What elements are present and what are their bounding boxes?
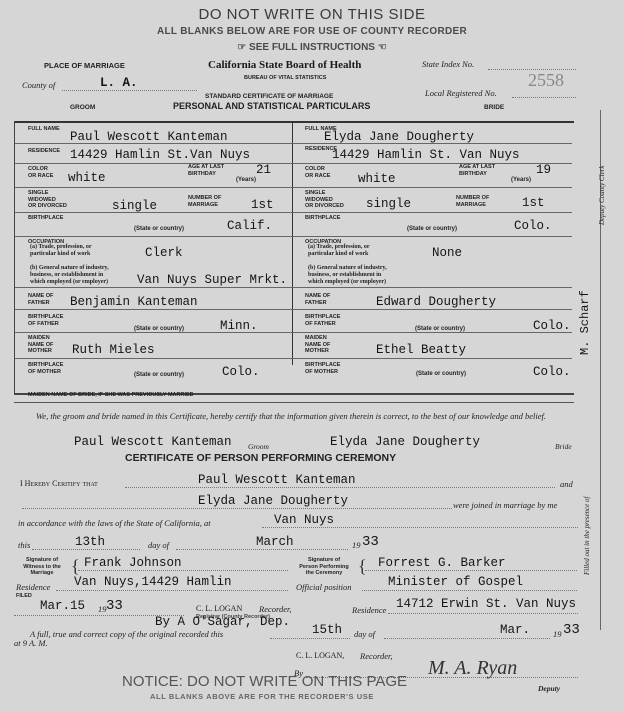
bride-number-marriage-label: NUMBER OFMARRIAGE	[456, 195, 489, 208]
groom-birthplace: Calif.	[227, 219, 272, 233]
label-line: MOTHER	[28, 348, 52, 354]
label-line: FATHER	[28, 300, 50, 306]
maiden-bride-label: MAIDEN NAME OF BRIDE, IF SHE WAS PREVIOU…	[28, 392, 194, 399]
label-line: which employed (or employer)	[308, 279, 386, 285]
bride-father-bp-label: BIRTHPLACEOF FATHER	[305, 314, 340, 327]
filed-year: 33	[106, 598, 123, 614]
deputy-label: Deputy	[538, 684, 560, 693]
county-value: L. A.	[100, 76, 138, 90]
official-position: Minister of Gospel	[388, 575, 523, 589]
ceremony-party1: Paul Wescott Kanteman	[198, 473, 356, 487]
label-line: BIRTHPLACE	[305, 314, 340, 320]
copy-day: 15th	[312, 623, 342, 637]
bride-mother-birthplace: Colo.	[533, 365, 571, 379]
label-line: AGE AT LAST	[459, 164, 495, 170]
label-line: business, or establishment in	[30, 272, 103, 278]
day-of-label: day of	[148, 540, 169, 550]
row-line	[15, 236, 572, 237]
ceremony-title: CERTIFICATE OF PERSON PERFORMING CEREMON…	[125, 452, 396, 464]
groom-marital-status: single	[112, 199, 157, 213]
label-line: COLOR	[305, 166, 325, 172]
label-line: MARRIAGE	[456, 202, 486, 208]
and-label: and	[560, 479, 573, 489]
bride-occ-b-label: (b) General nature of industry,business,…	[308, 265, 387, 286]
place-of-marriage-label: PLACE OF MARRIAGE	[44, 61, 125, 70]
section-title: PERSONAL AND STATISTICAL PARTICULARS	[173, 101, 370, 111]
certificate-title: STANDARD CERTIFICATE OF MARRIAGE	[205, 93, 333, 100]
bride-state-country-label: (State or country)	[407, 226, 457, 232]
header-do-not-write: DO NOT WRITE ON THIS SIDE	[0, 6, 624, 23]
bride-years-label: (Years)	[511, 177, 531, 183]
label-line: OF FATHER	[305, 321, 336, 327]
bride-marital-label: SINGLEWIDOWEDOR DIVORCED	[305, 190, 344, 210]
groom-age-label: AGE AT LASTBIRTHDAY	[188, 164, 224, 177]
groom-occ-a-label: (a) Trade, profession, orparticular kind…	[30, 244, 92, 258]
bride-father-label: NAME OFFATHER	[305, 293, 330, 306]
label-line: WIDOWED	[28, 197, 56, 203]
performer-label: Signature ofPerson Performingthe Ceremon…	[290, 557, 358, 577]
label-line: OR DIVORCED	[28, 203, 67, 209]
label-line: SINGLE	[28, 190, 48, 196]
groom-state-country-label: (State or country)	[134, 226, 184, 232]
day-line	[32, 549, 140, 550]
groom-color-label: COLOROR RACE	[28, 166, 53, 179]
witness-line	[78, 570, 288, 571]
bride-signature: Elyda Jane Dougherty	[330, 435, 480, 449]
groom-father-state-label: (State or country)	[134, 326, 184, 332]
groom-occ-b-label: (b) General nature of industry,business,…	[30, 265, 109, 286]
ceremony-month: March	[256, 535, 294, 549]
label-line: BIRTHPLACE	[28, 362, 63, 368]
official-position-label: Official position	[296, 582, 352, 592]
bride-occupation-trade: None	[432, 246, 462, 260]
label-line: OF MOTHER	[28, 369, 61, 375]
row-line	[15, 358, 572, 359]
groom-color: white	[68, 171, 106, 185]
groom-mother-state-label: (State or country)	[134, 372, 184, 378]
county-line	[62, 90, 197, 91]
witness-label: Signature ofWitness to theMarriage	[14, 557, 70, 577]
row-line	[15, 332, 572, 333]
label-line: (a) Trade, profession, or	[30, 244, 92, 250]
row-line	[15, 287, 572, 288]
bride-age: 19	[536, 163, 551, 177]
recorder-name: C. L. LOGAN	[196, 604, 242, 613]
performer-residence-label: Residence	[352, 605, 386, 615]
bride-number-marriage: 1st	[522, 196, 545, 210]
label-line: BIRTHPLACE	[28, 314, 63, 320]
filed-label: FILED	[16, 593, 32, 600]
filled-out-in-presence-label: Filled out in the presence of	[583, 497, 591, 575]
label-line: Person Performing	[299, 564, 349, 570]
bride-mother-state-label: (State or country)	[416, 371, 466, 377]
groom-father-label: NAME OFFATHER	[28, 293, 53, 306]
state-index-label: State Index No.	[422, 59, 474, 69]
table-top-border	[14, 121, 574, 123]
local-registered-line	[512, 97, 576, 98]
label-line: OR RACE	[28, 173, 53, 179]
bride-birthplace-label: BIRTHPLACE	[305, 215, 340, 222]
label-line: particular kind of work	[30, 251, 90, 257]
copy-statement: A full, true and correct copy of the ori…	[30, 629, 223, 639]
witness-residence-line	[56, 590, 288, 591]
bride-father-state-label: (State or country)	[415, 326, 465, 332]
bride-full-name: Elyda Jane Dougherty	[324, 130, 474, 144]
label-line: NUMBER OF	[188, 195, 221, 201]
label-line: OF FATHER	[28, 321, 59, 327]
witness-name: Frank Johnson	[84, 556, 182, 570]
joined-label: were joined in marriage by me	[453, 500, 557, 510]
ceremony-place: Van Nuys	[274, 513, 334, 527]
bride-residence: 14429 Hamlin St. Van Nuys	[332, 148, 520, 162]
ceremony-party2: Elyda Jane Dougherty	[198, 494, 348, 508]
copy-year-prefix: 19	[553, 629, 562, 639]
bride-color: white	[358, 172, 396, 186]
performer-name: Forrest G. Barker	[378, 556, 506, 570]
bride-signature-label: Bride	[555, 442, 572, 451]
label-line: OR DIVORCED	[305, 203, 344, 209]
groom-birthplace-label: BIRTHPLACE	[28, 215, 63, 222]
row-line	[15, 309, 572, 310]
groom-mother-birthplace: Colo.	[222, 365, 260, 379]
label-line: NAME OF	[28, 293, 53, 299]
board-title: California State Board of Health	[208, 59, 361, 71]
header-see-instructions: ☞ SEE FULL INSTRUCTIONS ☜	[0, 42, 624, 53]
groom-mother-bp-label: BIRTHPLACEOF MOTHER	[28, 362, 63, 375]
performer-residence: 14712 Erwin St. Van Nuys	[396, 597, 576, 611]
label-line: the Ceremony	[306, 570, 343, 576]
witness-residence: Van Nuys,14429 Hamlin	[74, 575, 232, 589]
label-line: NUMBER OF	[456, 195, 489, 201]
groom-years-label: (Years)	[236, 177, 256, 183]
deputy-clerk-name: M. Scharf	[578, 290, 592, 355]
label-line: AGE AT LAST	[188, 164, 224, 170]
accordance-label: in accordance with the laws of the State…	[18, 518, 211, 528]
label-line: Signature of	[26, 557, 58, 563]
certify-prefix: I Hereby Ceritify that	[20, 479, 98, 488]
label-line: WIDOWED	[305, 197, 333, 203]
table-left-border	[14, 121, 15, 394]
table-divider	[292, 121, 293, 365]
footer-notice: NOTICE: DO NOT WRITE ON THIS PAGE	[122, 673, 407, 690]
ceremony-year: 33	[362, 534, 379, 550]
groom-number-marriage: 1st	[251, 198, 274, 212]
bride-occ-a-label: (a) Trade, profession, orparticular kind…	[308, 244, 370, 258]
copy-month-line	[384, 638, 550, 639]
local-registered-label: Local Registered No.	[425, 88, 497, 98]
bride-mother-maiden-name: Ethel Beatty	[376, 343, 466, 357]
groom-age: 21	[256, 163, 271, 177]
party1-line	[125, 487, 555, 488]
month-line	[176, 549, 348, 550]
county-label: County of	[22, 80, 55, 90]
row-line	[15, 212, 572, 213]
groom-father-birthplace: Minn.	[220, 319, 258, 333]
deputy-county-clerk-label: Deputy County Clerk	[598, 166, 606, 226]
bride-column-label: BRIDE	[484, 104, 504, 111]
bride-mother-label: MAIDENNAME OFMOTHER	[305, 335, 330, 355]
label-line: BIRTHDAY	[188, 171, 216, 177]
bride-father-birthplace: Colo.	[533, 319, 571, 333]
groom-occupation-industry: Van Nuys Super Mrkt.	[137, 273, 287, 287]
by-deputy: By A O'Sagar, Dep.	[155, 615, 290, 629]
deputy-signature: M. A. Ryan	[428, 657, 517, 680]
copy-day-line	[270, 638, 350, 639]
label-line: OF MOTHER	[305, 369, 338, 375]
groom-signature-label: Groom	[248, 442, 269, 451]
label-line: Signature of	[308, 557, 340, 563]
party2-line	[22, 508, 452, 509]
label-line: MARRIAGE	[188, 202, 218, 208]
bride-birthplace: Colo.	[514, 219, 552, 233]
label-line: MAIDEN	[28, 335, 50, 341]
bride-mother-bp-label: BIRTHPLACEOF MOTHER	[305, 362, 340, 375]
label-line: (b) General nature of industry,	[308, 265, 387, 271]
label-line: SINGLE	[305, 190, 325, 196]
groom-mother-label: MAIDENNAME OFMOTHER	[28, 335, 53, 355]
label-line: (a) Trade, profession, or	[308, 244, 370, 250]
groom-occupation-trade: Clerk	[145, 246, 183, 260]
groom-residence-label: RESIDENCE	[28, 148, 60, 155]
label-line: OR RACE	[305, 173, 330, 179]
footer-notice-sub: ALL BLANKS ABOVE ARE FOR THE RECORDER'S …	[150, 692, 374, 701]
label-line: BIRTHPLACE	[305, 362, 340, 368]
performer-residence-line	[388, 613, 578, 614]
groom-full-name: Paul Wescott Kanteman	[70, 130, 228, 144]
witness-residence-label: Residence	[16, 582, 50, 592]
label-line: Marriage	[31, 570, 54, 576]
recorder-label: Recorder,	[259, 604, 292, 614]
at-time: at 9 A. M.	[14, 638, 48, 648]
groom-number-marriage-label: NUMBER OFMARRIAGE	[188, 195, 221, 208]
certification-statement: We, the groom and bride named in this Ce…	[16, 411, 576, 422]
performer-line	[365, 570, 577, 571]
label-line: NAME OF	[305, 342, 330, 348]
year-prefix: 19	[352, 540, 361, 550]
row-line	[15, 187, 572, 188]
groom-signature: Paul Wescott Kanteman	[74, 435, 232, 449]
groom-marital-label: SINGLEWIDOWEDOR DIVORCED	[28, 190, 67, 210]
this-label: this	[18, 540, 30, 550]
label-line: MOTHER	[305, 348, 329, 354]
local-registered-value: 2558	[528, 70, 564, 91]
official-position-line	[362, 590, 577, 591]
bride-father-name: Edward Dougherty	[376, 295, 496, 309]
groom-mother-maiden-name: Ruth Mieles	[72, 343, 155, 357]
bride-age-label: AGE AT LASTBIRTHDAY	[459, 164, 495, 177]
bride-color-label: COLOROR RACE	[305, 166, 330, 179]
performer-brace: {	[358, 557, 367, 575]
copy-month: Mar.	[500, 623, 530, 637]
groom-residence: 14429 Hamlin St.Van Nuys	[70, 148, 250, 162]
groom-father-name: Benjamin Kanteman	[70, 295, 198, 309]
copy-day-of-label: day of	[354, 629, 375, 639]
label-line: FATHER	[305, 300, 327, 306]
witness-brace: {	[71, 557, 80, 575]
recorder2-name: C. L. LOGAN,	[296, 651, 344, 660]
place-line	[262, 527, 578, 528]
table-bottom-border-2	[14, 402, 574, 403]
label-line: MAIDEN	[305, 335, 327, 341]
label-line: Witness to the	[23, 564, 61, 570]
label-line: BIRTHDAY	[459, 171, 487, 177]
filed-date: Mar.15	[40, 599, 85, 613]
groom-column-label: GROOM	[70, 104, 95, 111]
groom-full-name-label: FULL NAME	[28, 126, 60, 133]
label-line: NAME OF	[305, 293, 330, 299]
label-line: COLOR	[28, 166, 48, 172]
bride-marital-status: single	[366, 197, 411, 211]
header-blanks-recorder: ALL BLANKS BELOW ARE FOR USE OF COUNTY R…	[0, 26, 624, 37]
label-line: business, or establishment in	[308, 272, 381, 278]
ceremony-day: 13th	[75, 535, 105, 549]
label-line: which employed (or employer)	[30, 279, 108, 285]
label-line: (b) General nature of industry,	[30, 265, 109, 271]
bureau-label: BUREAU OF VITAL STATISTICS	[244, 75, 326, 81]
label-line: NAME OF	[28, 342, 53, 348]
groom-father-bp-label: BIRTHPLACEOF FATHER	[28, 314, 63, 327]
recorder2-label: Recorder,	[360, 651, 393, 661]
copy-year: 33	[563, 622, 580, 638]
label-line: particular kind of work	[308, 251, 368, 257]
